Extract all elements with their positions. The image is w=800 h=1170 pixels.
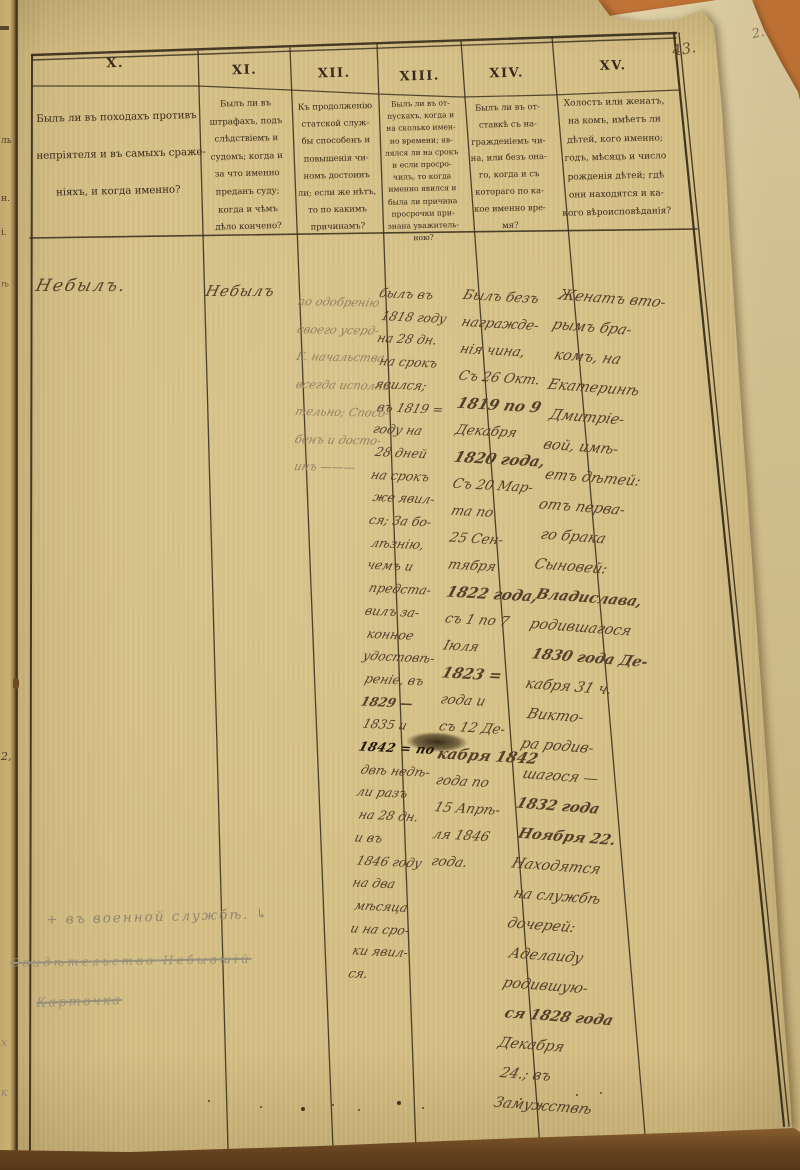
handwritten-text: Небылъ (204, 282, 277, 300)
column-numeral: XV. (554, 57, 672, 75)
column-header-xiii: XIII. Былъ ли въ от-пускахъ, когда ина с… (379, 68, 464, 245)
column-header-x: X. Былъ ли въ походахъ противънепріятеля… (34, 54, 200, 212)
handwritten-text: Небылъ. (34, 276, 130, 296)
column-header-xv: XV. Холостъ или женатъ,на комъ, имѣетъ л… (554, 57, 676, 224)
column-header-xii: XII. Къ продолженіюстатской служ-бы спос… (292, 65, 380, 237)
column-description: Былъ ли въ от-ставкѣ съ на-гражденіемъ ч… (464, 98, 554, 234)
column-header-xi: XI. Былъ ли въштрафахъ, подъслѣдствіемъ … (200, 62, 293, 238)
column-numeral: XI. (200, 62, 289, 79)
column-header-xiv: XIV. Былъ ли въ от-ставкѣ съ на-граждені… (463, 65, 554, 234)
column-numeral: X. (34, 54, 196, 73)
column-numeral: XIII. (379, 68, 460, 85)
column-description: Былъ ли въштрафахъ, подъслѣдствіемъ исуд… (201, 95, 293, 238)
entry-column-xi: Небылъ (206, 282, 275, 300)
column-numeral: XII. (292, 65, 376, 82)
pencil-note-struck: Карточка (36, 993, 122, 1011)
ink-specks (208, 1100, 210, 1102)
column-description: Холостъ или женатъ,на комъ, имѣетъ лидѣт… (555, 92, 676, 224)
column-description: Къ продолженіюстатской служ-бы способенъ… (293, 97, 380, 237)
column-description: Былъ ли въ от-пускахъ, когда ина сколько… (380, 97, 465, 245)
archival-document-photo: { "page": { "number": "43.", "corner_mar… (0, 0, 800, 1170)
column-description: Былъ ли въ походахъ противънепріятеля и … (35, 97, 200, 212)
column-numeral: XIV. (463, 65, 550, 82)
entry-column-x: Небылъ. (36, 276, 127, 296)
